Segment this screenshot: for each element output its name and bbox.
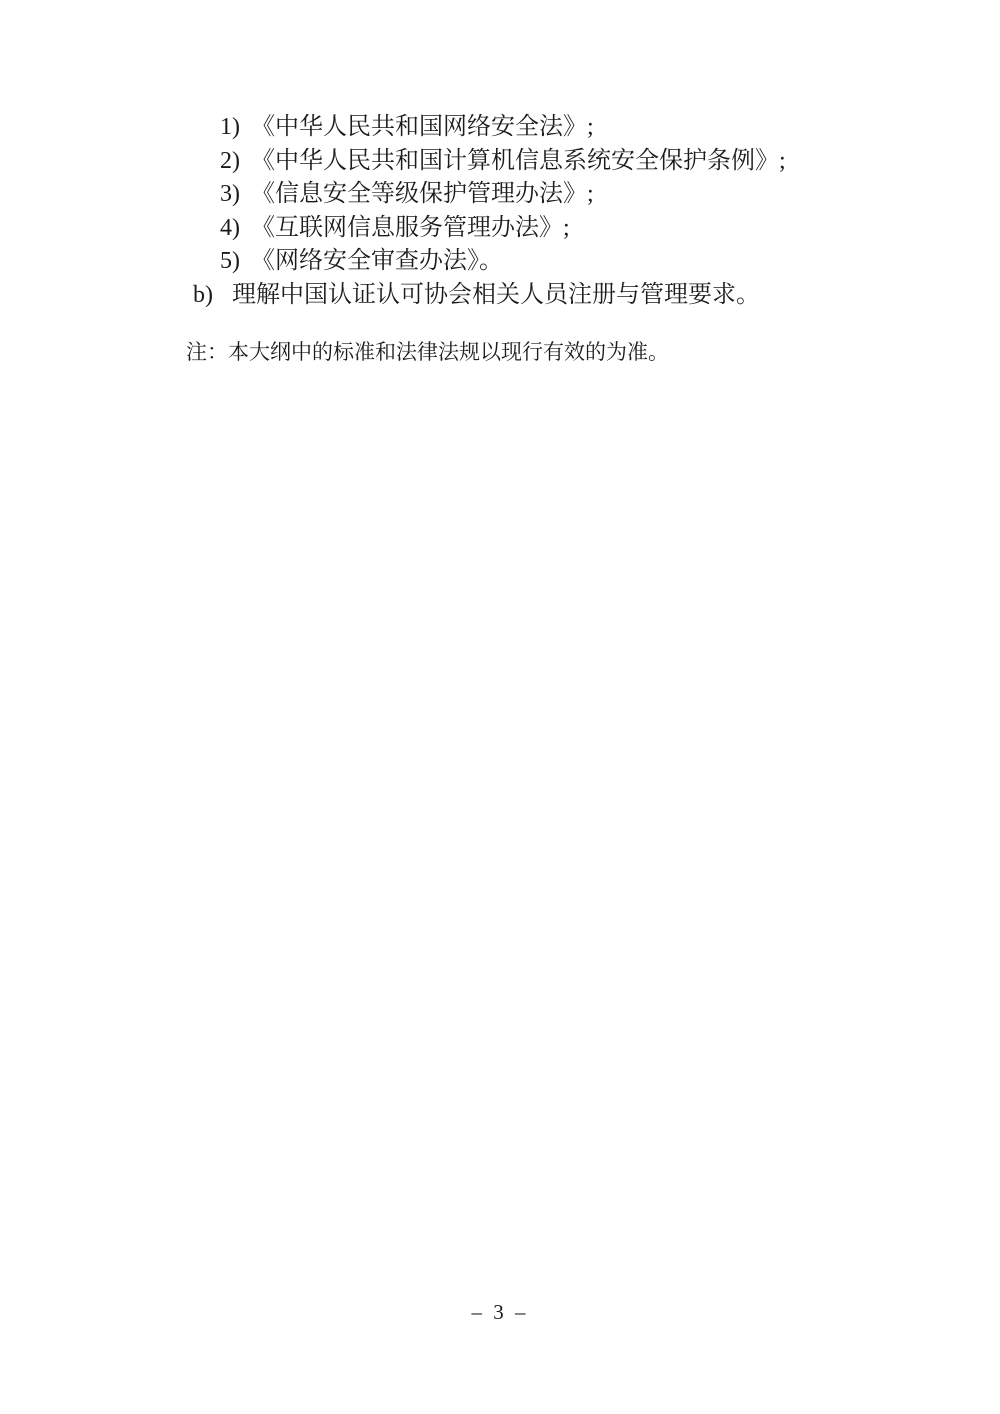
item-text: 《互联网信息服务管理办法》; bbox=[251, 212, 570, 246]
item-text: 理解中国认证认可协会相关人员注册与管理要求。 bbox=[232, 279, 760, 313]
lettered-list-item: b) 理解中国认证认可协会相关人员注册与管理要求。 bbox=[193, 279, 940, 313]
note-line: 注：本大纲中的标准和法律法规以现行有效的为准。 bbox=[186, 338, 669, 366]
item-text: 《信息安全等级保护管理办法》; bbox=[251, 178, 594, 212]
content-block: 1) 《中华人民共和国网络安全法》; 2) 《中华人民共和国计算机信息系统安全保… bbox=[193, 111, 940, 312]
item-text: 《中华人民共和国网络安全法》; bbox=[251, 111, 594, 145]
item-marker: 2) bbox=[220, 145, 251, 179]
item-marker: 5) bbox=[220, 245, 251, 279]
list-item: 5) 《网络安全审查办法》。 bbox=[193, 245, 940, 279]
list-item: 2) 《中华人民共和国计算机信息系统安全保护条例》; bbox=[193, 145, 940, 179]
list-item: 4) 《互联网信息服务管理办法》; bbox=[193, 212, 940, 246]
page-number: – 3 – bbox=[0, 1300, 1000, 1325]
item-text: 《中华人民共和国计算机信息系统安全保护条例》; bbox=[251, 145, 786, 179]
list-item: 1) 《中华人民共和国网络安全法》; bbox=[193, 111, 940, 145]
item-marker: 4) bbox=[220, 212, 251, 246]
item-marker: 3) bbox=[220, 178, 251, 212]
list-item: 3) 《信息安全等级保护管理办法》; bbox=[193, 178, 940, 212]
item-text: 《网络安全审查办法》。 bbox=[251, 245, 503, 279]
item-marker: 1) bbox=[220, 111, 251, 145]
item-marker: b) bbox=[193, 279, 232, 313]
document-page: 1) 《中华人民共和国网络安全法》; 2) 《中华人民共和国计算机信息系统安全保… bbox=[0, 0, 1000, 1414]
